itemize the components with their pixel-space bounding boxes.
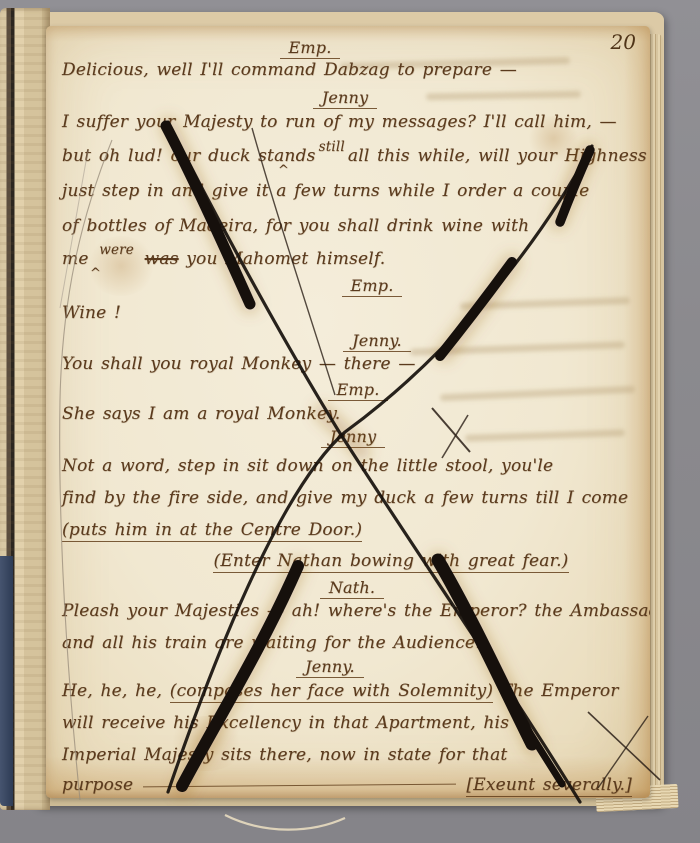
speaker-heading: Emp. <box>56 380 650 400</box>
speaker-heading: Jenny <box>51 427 650 447</box>
line-text: The Emperor <box>493 681 619 701</box>
inserted-word: still <box>319 139 345 155</box>
page-number: 20 <box>611 30 636 54</box>
loose-thread <box>225 815 345 830</box>
manuscript-page: 20 Emp. Delicious, well I'll command Dab… <box>46 26 650 798</box>
dialogue-line: find by the fire side, and give my duck … <box>62 488 638 508</box>
speaker-heading: Nath. <box>50 578 650 598</box>
speaker-name: Emp. <box>328 380 389 401</box>
speaker-heading: Jenny. <box>75 331 650 351</box>
speaker-heading: Jenny <box>46 88 647 108</box>
dialogue-line: Imperial Majesty sits there, now in stat… <box>62 745 638 765</box>
speaker-name: Emp. <box>342 276 403 297</box>
stage-direction-text: (Enter Nathan bowing with great fear.) <box>213 551 568 573</box>
dialogue-line-with-stage-note: He, he, he, (composes her face with Sole… <box>62 681 638 701</box>
speaker-name: Nath. <box>320 578 384 599</box>
stage-direction: (puts him in at the Centre Door.) <box>62 520 638 540</box>
dialogue-line: of bottles of Madeira, for you shall dri… <box>62 216 638 236</box>
dialogue-line-with-correction: me were was you Mahomet himself. ^ <box>62 249 638 270</box>
dialogue-line: She says I am a royal Monkey. <box>62 404 638 424</box>
speaker-heading: Emp. <box>46 38 612 58</box>
manuscript-photo: { "photo": { "page_number": "20", "color… <box>0 0 700 843</box>
exeunt-stage-direction: [Exeunt severally.] <box>466 775 632 797</box>
dialogue-line: You shall you royal Monkey — there — <box>62 354 638 374</box>
line-text: He, he, he, <box>62 681 170 701</box>
line-text: me <box>62 249 89 269</box>
dialogue-line: Wine ! <box>62 303 638 323</box>
dialogue-line: and all his train are waiting for the Au… <box>62 633 638 653</box>
ink-dash-rule <box>143 782 456 788</box>
speaker-name: Emp. <box>280 38 341 59</box>
book-cover-edge <box>0 556 13 806</box>
page-stack-edge <box>648 34 663 794</box>
speaker-heading: Jenny. <box>46 657 632 677</box>
dialogue-line: just step in and give it a few turns whi… <box>62 181 638 201</box>
line-text: you Mahomet himself. <box>186 249 385 269</box>
stage-direction: (Enter Nathan bowing with great fear.) <box>196 551 586 571</box>
dialogue-line-with-insertion: but oh lud! our duck standsstillall this… <box>62 146 638 167</box>
insertion-caret: ^ <box>278 161 289 181</box>
speaker-heading: Emp. <box>70 276 650 296</box>
dialogue-line: I suffer your Majesty to run of my messa… <box>62 112 638 132</box>
inserted-word: were <box>99 242 134 258</box>
speaker-name: Jenny. <box>296 657 364 678</box>
stage-direction-text: (puts him in at the Centre Door.) <box>62 520 362 542</box>
line-text: all this while, will your Highness <box>348 146 647 166</box>
speaker-name: Jenny. <box>343 331 411 352</box>
speaker-name: Jenny <box>321 427 386 448</box>
dialogue-line: will receive his Excellency in that Apar… <box>62 713 638 733</box>
line-text: purpose <box>62 775 133 795</box>
dialogue-line: Delicious, well I'll command Dabzag to p… <box>62 60 638 80</box>
speaker-name: Jenny <box>313 88 378 109</box>
struck-word: was <box>145 249 179 269</box>
closing-line: purpose [Exeunt severally.] <box>62 775 632 797</box>
dialogue-line: Not a word, step in sit down on the litt… <box>62 456 638 476</box>
underlined-stage-note: (composes her face with Solemnity) <box>170 681 493 703</box>
dialogue-line: Pleash your Majesties — ah! where's the … <box>62 601 638 621</box>
